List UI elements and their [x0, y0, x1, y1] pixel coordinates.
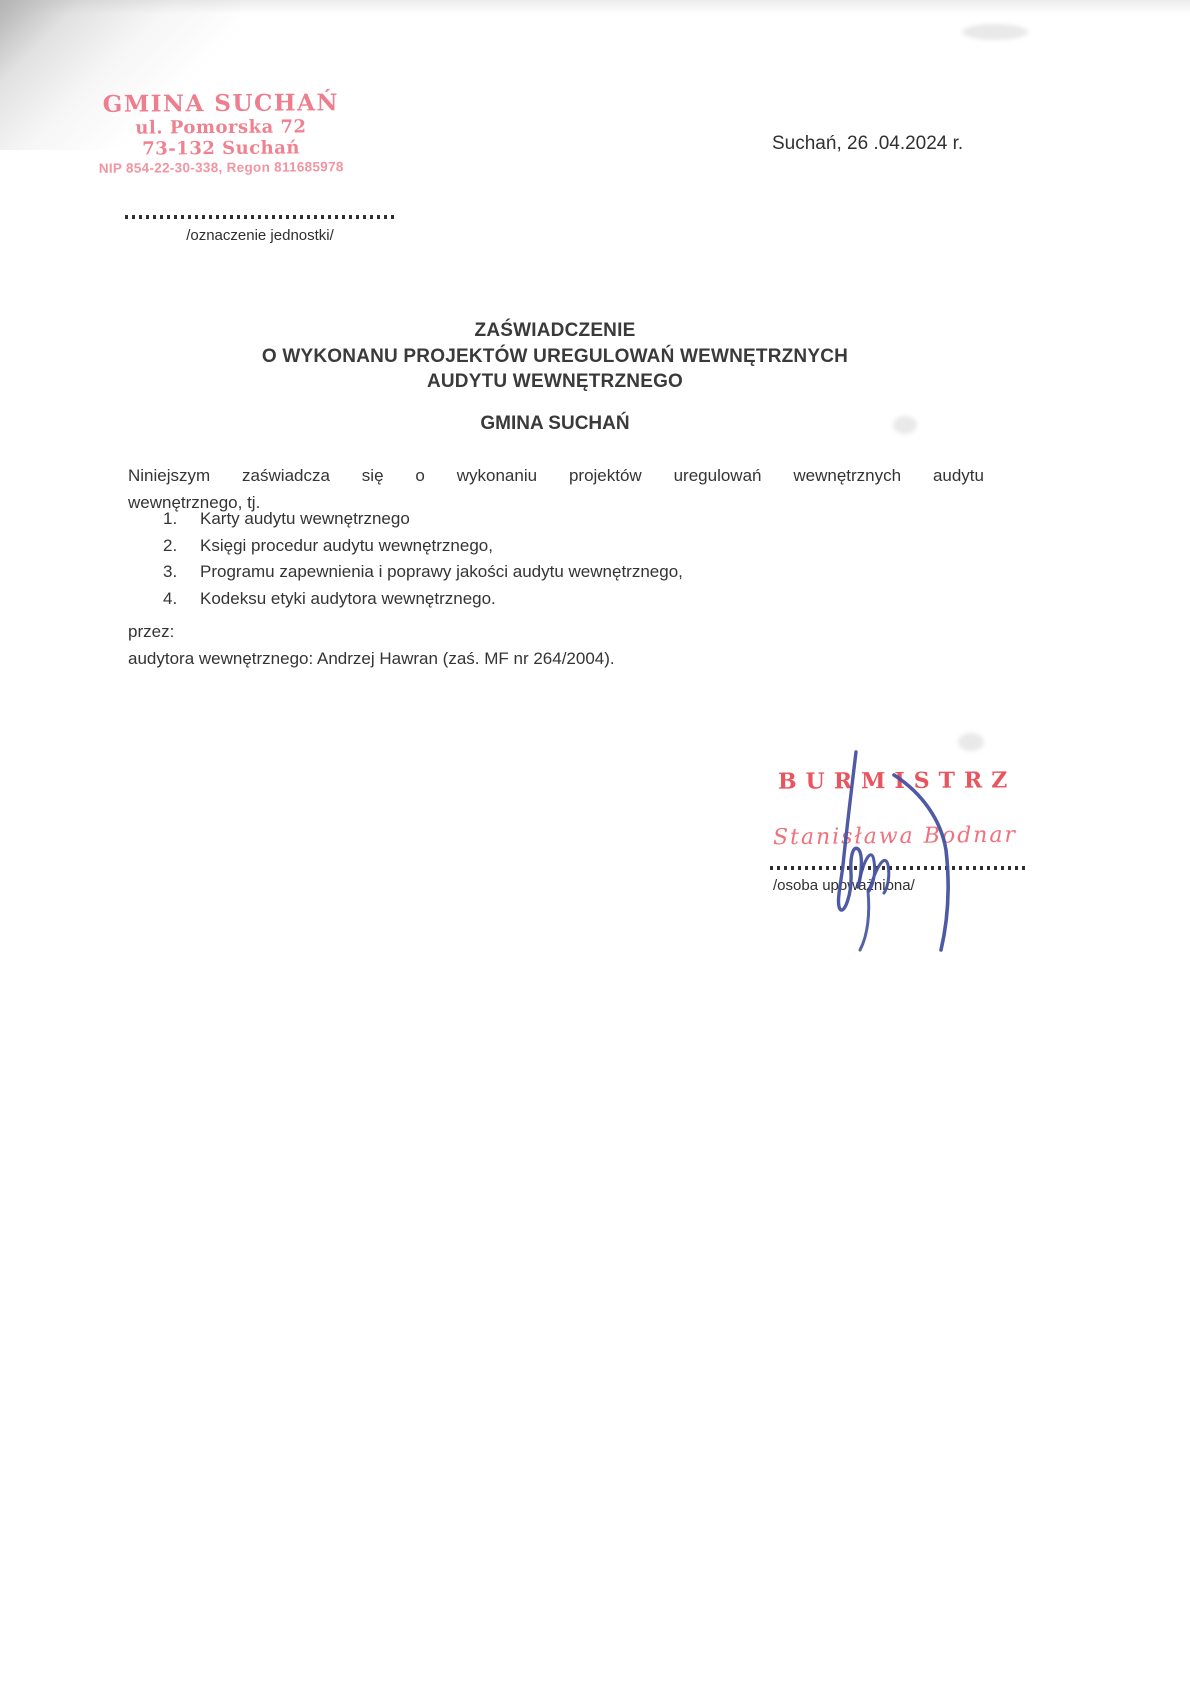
handwritten-signature-ink: [798, 745, 973, 960]
document-title: ZAŚWIADCZENIE O WYKONANU PROJEKTÓW UREGU…: [128, 318, 982, 395]
list-item-text: Karty audytu wewnętrznego: [200, 506, 410, 533]
scan-smudge: [962, 24, 1028, 40]
unit-designation-caption: /oznaczenie jednostki/: [124, 227, 396, 244]
list-item: 4. Kodeksu etyki audytora wewnętrznego.: [128, 586, 984, 613]
intro-line-1: Niniejszym zaświadcza się o wykonaniu pr…: [128, 462, 984, 489]
by-label: przez:: [128, 622, 174, 642]
dateline: Suchań, 26 .04.2024 r.: [772, 133, 963, 155]
title-subject: GMINA SUCHAŃ: [128, 413, 982, 435]
auditor-line: audytora wewnętrznego: Andrzej Hawran (z…: [128, 649, 615, 669]
sender-stamp-name: GMINA SUCHAŃ: [96, 89, 346, 118]
scan-top-edge-shadow: [0, 0, 1190, 14]
scanned-document-page: GMINA SUCHAŃ ul. Pomorska 72 73-132 Such…: [0, 0, 1190, 1683]
list-item-number: 3.: [163, 559, 200, 586]
sender-stamp-address-street: ul. Pomorska 72: [96, 116, 346, 139]
title-line-1: ZAŚWIADCZENIE: [128, 318, 982, 344]
sender-stamp-ids: NIP 854-22-30-338, Regon 811685978: [78, 158, 364, 177]
list-item-number: 1.: [163, 506, 200, 533]
list-item: 2. Księgi procedur audytu wewnętrznego,: [128, 533, 984, 560]
documents-list: 1. Karty audytu wewnętrznego 2. Księgi p…: [128, 506, 984, 613]
list-item: 3. Programu zapewnienia i poprawy jakośc…: [128, 559, 984, 586]
sender-stamp-address-city: 73-132 Suchań: [96, 137, 346, 160]
sender-stamp: GMINA SUCHAŃ ul. Pomorska 72 73-132 Such…: [96, 89, 347, 177]
title-line-3: AUDYTU WEWNĘTRZNEGO: [128, 369, 982, 395]
list-item-text: Programu zapewnienia i poprawy jakości a…: [200, 559, 683, 586]
list-item-number: 4.: [163, 586, 200, 613]
title-line-2: O WYKONANU PROJEKTÓW UREGULOWAŃ WEWNĘTRZ…: [128, 344, 982, 370]
list-item-text: Księgi procedur audytu wewnętrznego,: [200, 533, 493, 560]
list-item: 1. Karty audytu wewnętrznego: [128, 506, 984, 533]
unit-designation-dotted-line: [125, 215, 397, 219]
list-item-number: 2.: [163, 533, 200, 560]
list-item-text: Kodeksu etyki audytora wewnętrznego.: [200, 586, 496, 613]
